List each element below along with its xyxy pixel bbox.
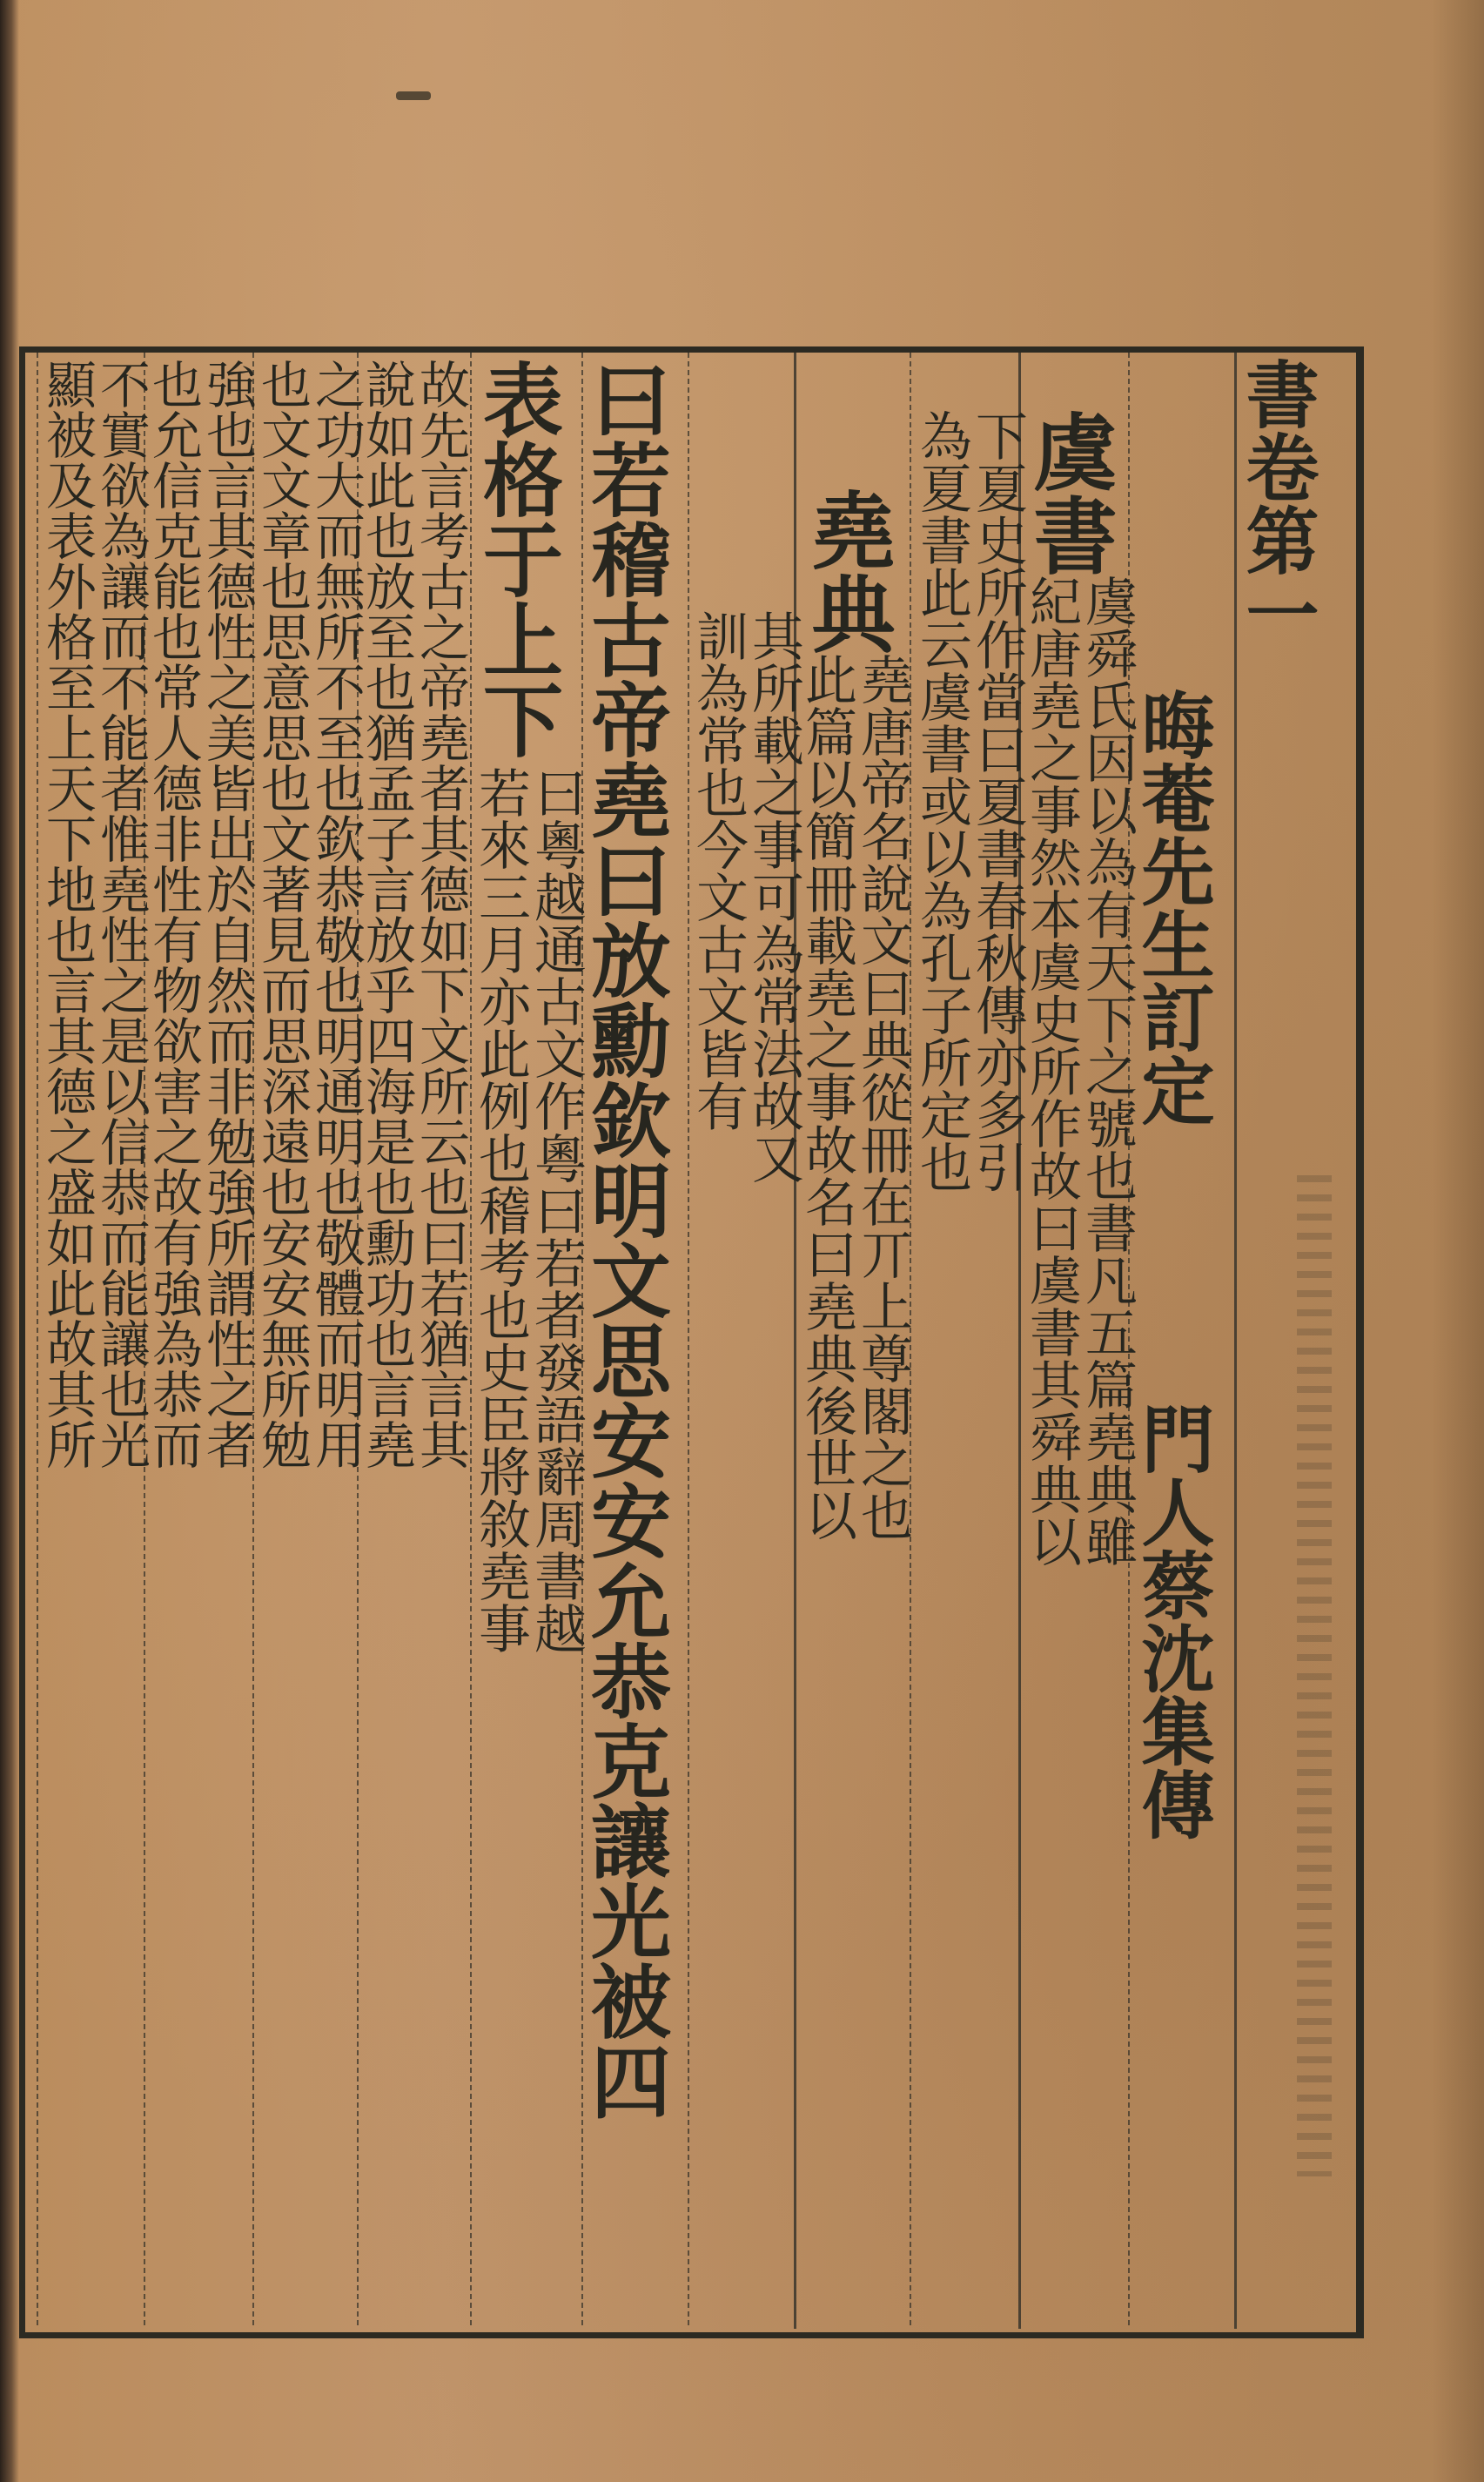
commentary-block: 不實欲為讓而不能者惟堯性之是以信恭而能讓也光 顯被及表外格至上天下地也言其德之盛… bbox=[42, 359, 146, 1470]
main-text-line: 表格于上下 bbox=[477, 359, 557, 759]
page-edge-shadow-right bbox=[1432, 0, 1484, 2482]
section-heading-yu-shu: 虞書 bbox=[1027, 409, 1111, 576]
commentary-block: 其所載之事可為常法故又 訓為常也今文古文皆有 bbox=[692, 609, 800, 1184]
commentary-left: 若來三月亦此例也稽考也史臣將敘堯事 bbox=[474, 766, 527, 1654]
author-line: 門人蔡沈集傳 bbox=[1136, 1402, 1209, 1840]
commentary-block: 虞舜氏因以為有天下之號也書凡五篇堯典雖 紀唐堯之事然本虞史所作故曰虞書其舜典以 bbox=[1025, 575, 1133, 1567]
section-heading-yao-dian: 堯典 bbox=[805, 488, 889, 655]
commentary-right: 曰粵越通古文作粵曰若者發語辭周書越 bbox=[530, 766, 582, 1654]
ink-blot bbox=[396, 91, 431, 100]
commentary-left: 為夏書此云虞書或以為孔子所定也 bbox=[916, 409, 968, 1193]
commentary-right: 下夏史所作當曰夏書春秋傳亦多引 bbox=[971, 409, 1024, 1193]
commentary-right: 之功大而無所不至也欽恭敬也明通明也敬體而明用 bbox=[311, 359, 361, 1470]
commentary-right: 堯唐帝名說文曰典從冊在丌上尊閣之也 bbox=[856, 653, 909, 1541]
commentary-left: 也文文章也思意思也文著見而思深遠也安安無所勉 bbox=[257, 359, 307, 1470]
margin-ink-smudge bbox=[1297, 1175, 1332, 2176]
book-page: 書卷第一 晦菴先生訂定 門人蔡沈集傳 虞書 虞舜氏因以為有天下之號也書凡五篇堯典… bbox=[0, 0, 1484, 2482]
commentary-left: 說如此也放至也猶孟子言放乎四海是也勳功也言堯 bbox=[361, 359, 412, 1470]
commentary-block: 之功大而無所不至也欽恭敬也明通明也敬體而明用 也文文章也思意思也文著見而思深遠也… bbox=[257, 359, 361, 1470]
commentary-left: 顯被及表外格至上天下地也言其德之盛如此故其所 bbox=[42, 359, 92, 1470]
main-text-line: 曰若稽古帝堯曰放勳欽明文思安安允恭克讓光被四 bbox=[585, 359, 665, 2121]
commentary-left: 此篇以簡冊載堯之事故名曰堯典後世以 bbox=[801, 653, 853, 1541]
commentary-right: 其所載之事可為常法故又 bbox=[748, 609, 800, 1184]
commentary-right: 不實欲為讓而不能者惟堯性之是以信恭而能讓也光 bbox=[96, 359, 146, 1470]
commentary-right: 故先言考古之帝堯者其德如下文所云也曰若猶言其 bbox=[415, 359, 466, 1470]
commentary-block: 故先言考古之帝堯者其德如下文所云也曰若猶言其 說如此也放至也猶孟子言放乎四海是也… bbox=[361, 359, 466, 1470]
commentary-left: 也允信克能也常人德非性有物欲害之故有強為恭而 bbox=[148, 359, 198, 1470]
editor-line: 晦菴先生訂定 bbox=[1136, 688, 1209, 1127]
commentary-block: 下夏史所作當曰夏書春秋傳亦多引 為夏書此云虞書或以為孔子所定也 bbox=[916, 409, 1024, 1193]
commentary-right: 虞舜氏因以為有天下之號也書凡五篇堯典雖 bbox=[1081, 575, 1133, 1567]
commentary-left: 紀唐堯之事然本虞史所作故曰虞書其舜典以 bbox=[1025, 575, 1078, 1567]
page-edge-shadow bbox=[0, 0, 19, 2482]
commentary-right: 強也言其德性之美皆出於自然而非勉強所謂性之者 bbox=[202, 359, 252, 1470]
commentary-block: 強也言其德性之美皆出於自然而非勉強所謂性之者 也允信克能也常人德非性有物欲害之故… bbox=[148, 359, 252, 1470]
volume-title: 書卷第一 bbox=[1240, 357, 1313, 649]
commentary-block: 堯唐帝名說文曰典從冊在丌上尊閣之也 此篇以簡冊載堯之事故名曰堯典後世以 bbox=[801, 653, 909, 1541]
commentary-block: 曰粵越通古文作粵曰若者發語辭周書越 若來三月亦此例也稽考也史臣將敘堯事 bbox=[474, 766, 582, 1654]
commentary-left: 訓為常也今文古文皆有 bbox=[692, 609, 744, 1184]
